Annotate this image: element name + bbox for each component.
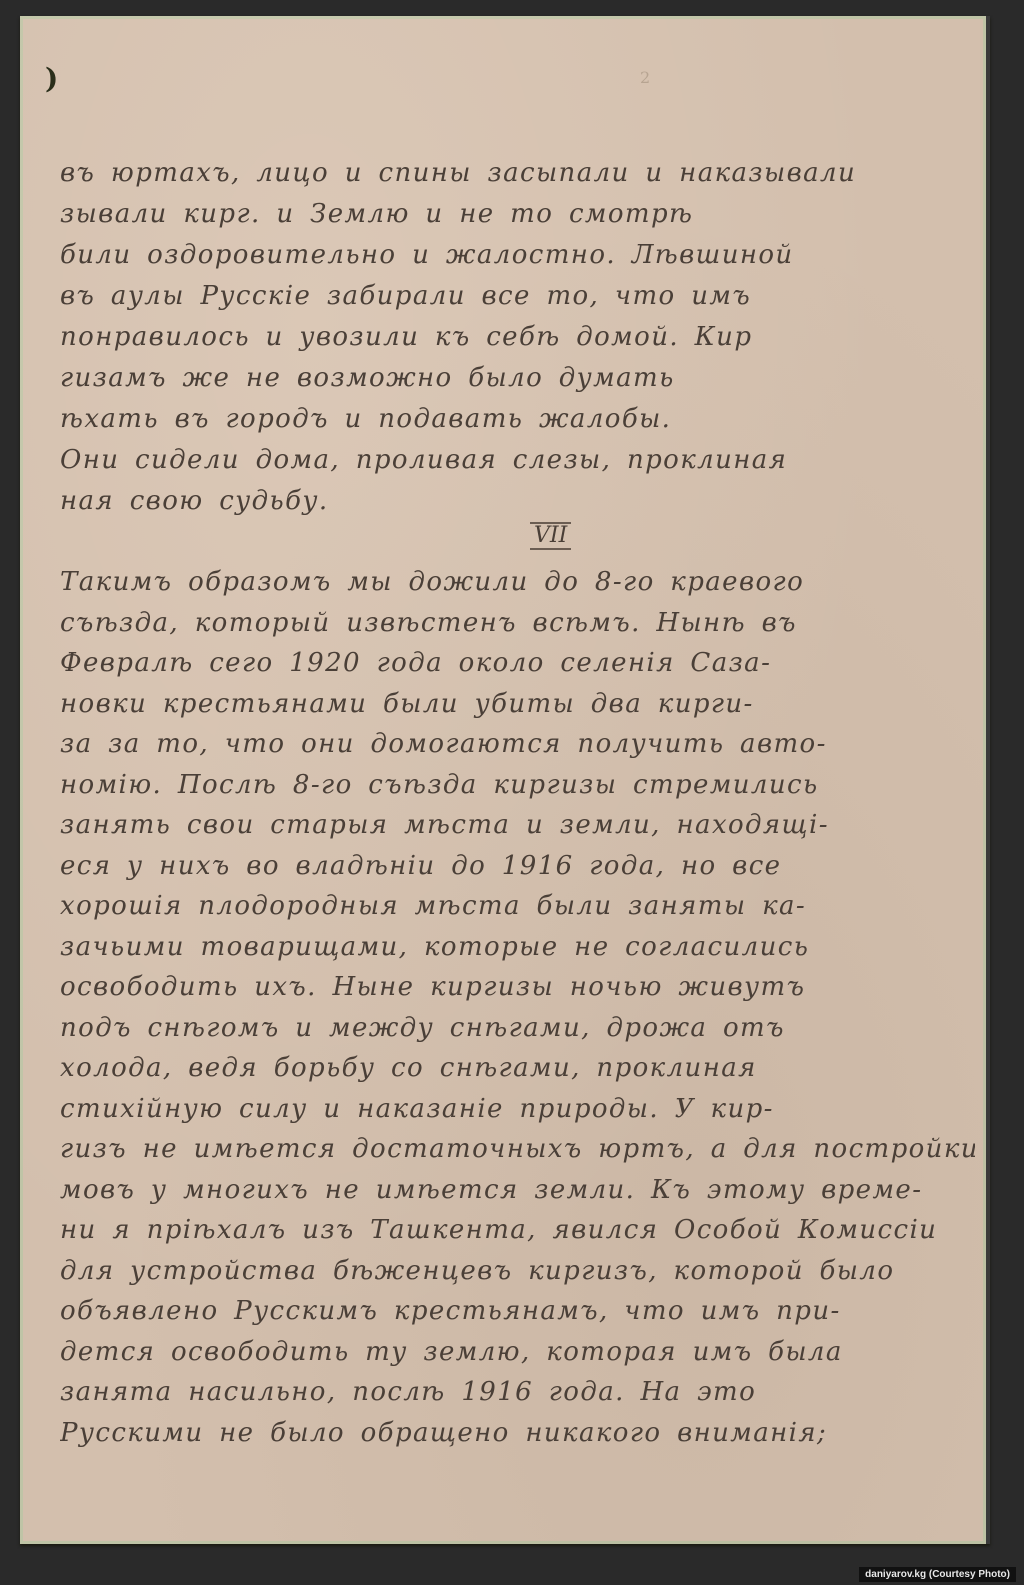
text-line: стихійную силу и наказаніе природы. У ки… [60, 1089, 975, 1130]
text-line: ная свою судьбу. [60, 481, 975, 522]
text-line: за за то, что они домогаются получить ав… [60, 724, 975, 765]
paragraph-2: Такимъ образомъ мы дожили до 8-го краево… [60, 562, 975, 1453]
text-line: съѣзда, который извѣстенъ всѣмъ. Нынѣ въ [60, 603, 975, 644]
text-line: подъ снѣгомъ и между снѣгами, дрожа отъ [60, 1008, 975, 1049]
text-line: Русскими не было обращено никакого внима… [60, 1413, 975, 1454]
text-line: освободить ихъ. Ныне киргизы ночью живут… [60, 967, 975, 1008]
text-line: ѣхать въ городъ и подавать жалобы. [60, 399, 975, 440]
text-line: еся у нихъ во владѣніи до 1916 года, но … [60, 846, 975, 887]
text-line: занята насильно, послѣ 1916 года. На это [60, 1372, 975, 1413]
section-heading: VII [530, 522, 571, 550]
text-line: Такимъ образомъ мы дожили до 8-го краево… [60, 562, 975, 603]
text-line: понравилось и увозили къ себѣ домой. Кир [60, 317, 975, 358]
text-line: хорошія плодородныя мѣста были заняты ка… [60, 886, 975, 927]
page-number: 2 [640, 68, 650, 87]
text-line: холода, ведя борьбу со снѣгами, проклина… [60, 1048, 975, 1089]
text-line: Они сидели дома, проливая слезы, проклин… [60, 440, 975, 481]
photo-credit: daniyarov.kg (Courtesy Photo) [859, 1567, 1016, 1582]
text-line: новки крестьянами были убиты два кирги- [60, 684, 975, 725]
paragraph-1: въ юртахъ, лицо и спины засыпали и наказ… [60, 153, 975, 522]
text-line: били оздоровительно и жалостно. Лѣвшиной [60, 235, 975, 276]
manuscript-page: ) 2 въ юртахъ, лицо и спины засыпали и н… [20, 16, 990, 1544]
text-line: занять свои старыя мѣста и земли, находя… [60, 805, 975, 846]
text-line: въ юртахъ, лицо и спины засыпали и наказ… [60, 153, 975, 194]
text-line: Февралѣ сего 1920 года около селенія Саз… [60, 643, 975, 684]
text-line: гизъ не имѣется достаточныхъ юртъ, а для… [60, 1129, 975, 1170]
text-line: для устройства бѣженцевъ киргизъ, которо… [60, 1251, 975, 1292]
text-line: ни я пріѣхалъ изъ Ташкента, явился Особо… [60, 1210, 975, 1251]
text-line: дется освободить ту землю, которая имъ б… [60, 1332, 975, 1373]
text-line: зачьими товарищами, которые не согласили… [60, 927, 975, 968]
text-line: номію. Послѣ 8-го съѣзда киргизы стремил… [60, 765, 975, 806]
text-line: объявлено Русскимъ крестьянамъ, что имъ … [60, 1291, 975, 1332]
margin-mark: ) [45, 62, 58, 95]
text-line: гизамъ же не возможно было думать [60, 358, 975, 399]
text-line: въ аулы Русскіе забирали все то, что имъ [60, 276, 975, 317]
text-line: зывали кирг. и Землю и не то смотрѣ [60, 194, 975, 235]
text-line: мовъ у многихъ не имѣется земли. Къ этом… [60, 1170, 975, 1211]
